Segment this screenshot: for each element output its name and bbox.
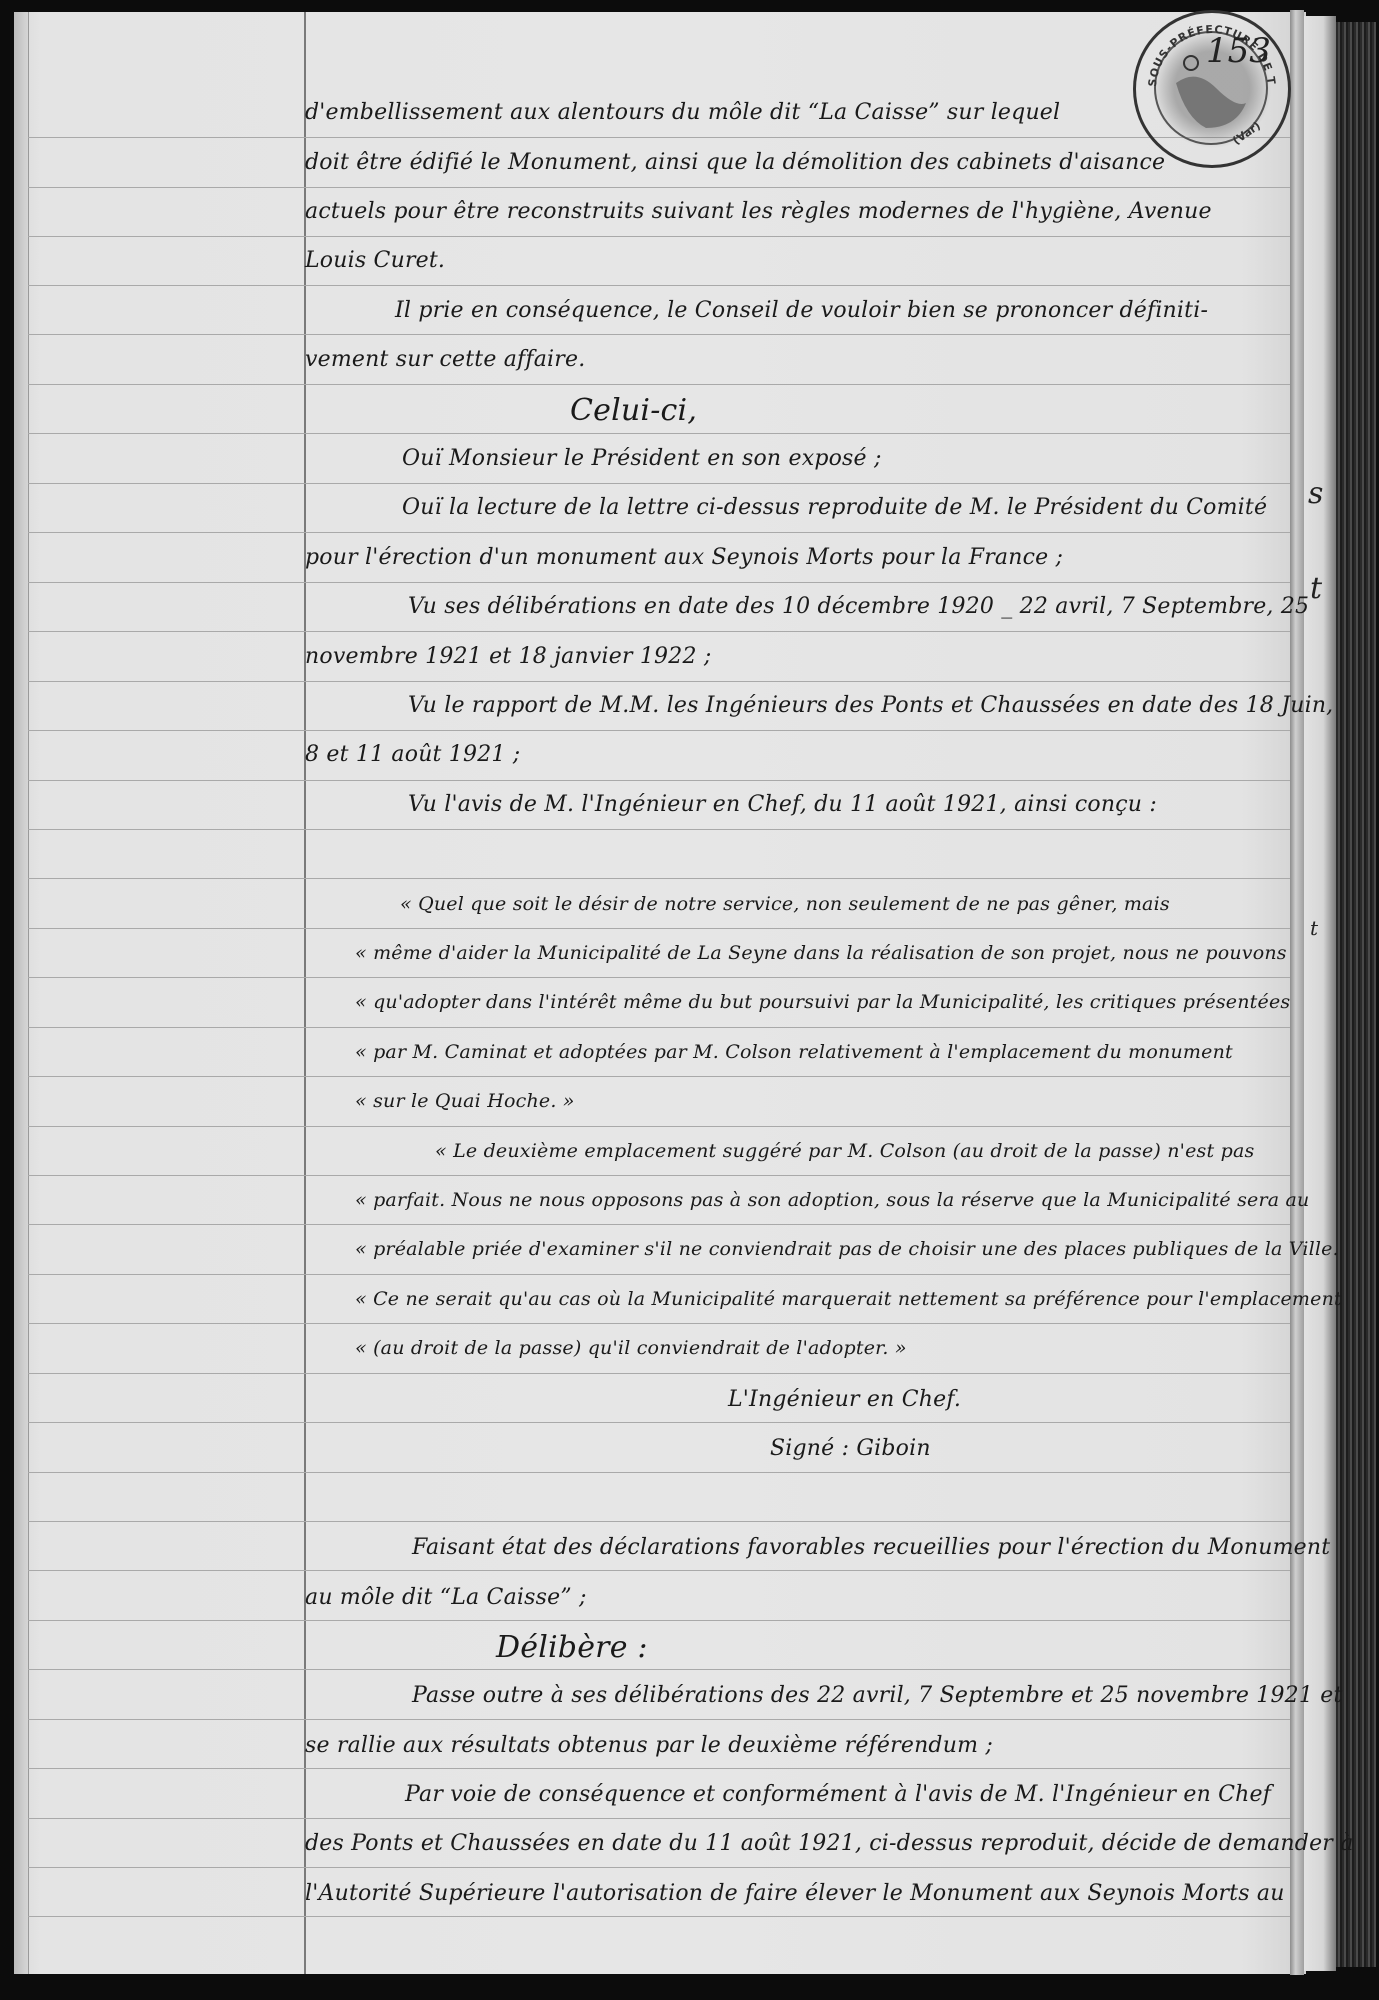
ruled-line — [28, 1076, 1304, 1077]
text-line: l'Autorité Supérieure l'autorisation de … — [305, 1881, 1285, 1906]
ruled-line — [28, 433, 1304, 434]
quoted-line: « préalable priée d'examiner s'il ne con… — [355, 1238, 1339, 1260]
ruled-line — [28, 334, 1304, 335]
ruled-line — [28, 582, 1304, 583]
ruled-line — [28, 236, 1304, 237]
text-line: Vu ses délibérations en date des 10 déce… — [408, 594, 1309, 619]
text-line: Faisant état des déclarations favorables… — [412, 1535, 1330, 1560]
quoted-line: « par M. Caminat et adoptées par M. Cols… — [355, 1041, 1233, 1063]
ruled-line — [28, 1175, 1304, 1176]
ruled-line — [28, 1422, 1304, 1423]
ruled-line — [28, 1768, 1304, 1769]
ruled-line — [28, 878, 1304, 879]
page-fold — [1290, 10, 1304, 1975]
text-line: actuels pour être reconstruits suivant l… — [305, 199, 1212, 224]
text-line: 8 et 11 août 1921 ; — [305, 742, 520, 767]
ruled-line — [28, 1818, 1304, 1819]
margin-peek-text: s — [1308, 476, 1323, 511]
text-line: Il prie en conséquence, le Conseil de vo… — [395, 298, 1208, 323]
ruled-line — [28, 631, 1304, 632]
text-line: novembre 1921 et 18 janvier 1922 ; — [305, 644, 711, 669]
ruled-line — [28, 532, 1304, 533]
ruled-line — [28, 137, 1304, 138]
signature-name: Signé : Giboin — [770, 1436, 931, 1461]
ruled-line — [28, 1126, 1304, 1127]
quoted-line: « même d'aider la Municipalité de La Sey… — [355, 942, 1287, 964]
ruled-line — [28, 1323, 1304, 1324]
ruled-line — [28, 780, 1304, 781]
quoted-line: « sur le Quai Hoche. » — [355, 1090, 575, 1112]
quoted-line: « parfait. Nous ne nous opposons pas à s… — [355, 1189, 1310, 1211]
ruled-line — [28, 1274, 1304, 1275]
margin-peek-text: t — [1310, 916, 1318, 940]
text-line: doit être édifié le Monument, ainsi que … — [305, 150, 1165, 175]
ruled-line — [28, 1472, 1304, 1473]
quoted-line: « Quel que soit le désir de notre servic… — [400, 893, 1170, 915]
ruled-line — [28, 1669, 1304, 1670]
ruled-line — [28, 1867, 1304, 1868]
signature-title: L'Ingénieur en Chef. — [728, 1387, 961, 1412]
ruled-line — [28, 1570, 1304, 1571]
text-line: Louis Curet. — [305, 248, 445, 273]
previous-page-edge — [14, 12, 29, 1974]
ruled-line — [28, 1521, 1304, 1522]
ruled-line — [28, 1620, 1304, 1621]
text-line: Vu le rapport de M.M. les Ingénieurs des… — [408, 693, 1333, 718]
page-stack: s t t — [1304, 16, 1336, 1971]
ruled-line — [28, 1224, 1304, 1225]
ruled-line — [28, 681, 1304, 682]
margin-line — [304, 12, 306, 1974]
text-line: Ouï la lecture de la lettre ci-dessus re… — [402, 495, 1267, 520]
section-heading-celui-ci: Celui-ci, — [570, 393, 697, 428]
ruled-line — [28, 1916, 1304, 1917]
section-heading-delibere: Délibère : — [496, 1630, 648, 1665]
svg-text:(Var): (Var) — [1230, 119, 1263, 147]
ruled-line — [28, 285, 1304, 286]
quoted-line: « Ce ne serait qu'au cas où la Municipal… — [355, 1288, 1342, 1310]
margin-peek-text: t — [1310, 571, 1322, 606]
quoted-line: « qu'adopter dans l'intérêt même du but … — [355, 991, 1290, 1013]
quoted-line: « (au droit de la passe) qu'il conviendr… — [355, 1337, 907, 1359]
ruled-line — [28, 187, 1304, 188]
quoted-line: « Le deuxième emplacement suggéré par M.… — [435, 1140, 1254, 1162]
text-line: au môle dit “La Caisse” ; — [305, 1585, 587, 1610]
text-line: Vu l'avis de M. l'Ingénieur en Chef, du … — [408, 792, 1157, 817]
folio-number: 153 — [1206, 31, 1271, 71]
ruled-line — [28, 384, 1304, 385]
ruled-line — [28, 1719, 1304, 1720]
ruled-line — [28, 1027, 1304, 1028]
text-line: pour l'érection d'un monument aux Seynoi… — [305, 545, 1063, 570]
ruled-line — [28, 829, 1304, 830]
ruled-line — [28, 730, 1304, 731]
prefecture-stamp: SOUS-PRÉFECTURE DE TOULON (Var) 153 — [1133, 10, 1291, 168]
ruled-line — [28, 928, 1304, 929]
book-binding-edge — [1336, 22, 1376, 1967]
text-line: Ouï Monsieur le Président en son exposé … — [402, 446, 882, 471]
text-line: des Ponts et Chaussées en date du 11 aoû… — [305, 1831, 1354, 1856]
text-line: vement sur cette affaire. — [305, 347, 585, 372]
text-line: Passe outre à ses délibérations des 22 a… — [412, 1683, 1343, 1708]
text-line: d'embellissement aux alentours du môle d… — [305, 100, 1060, 125]
ruled-line — [28, 977, 1304, 978]
text-line: se rallie aux résultats obtenus par le d… — [305, 1733, 993, 1758]
text-line: Par voie de conséquence et conformément … — [405, 1782, 1271, 1807]
ruled-line — [28, 483, 1304, 484]
ruled-line — [28, 1373, 1304, 1374]
